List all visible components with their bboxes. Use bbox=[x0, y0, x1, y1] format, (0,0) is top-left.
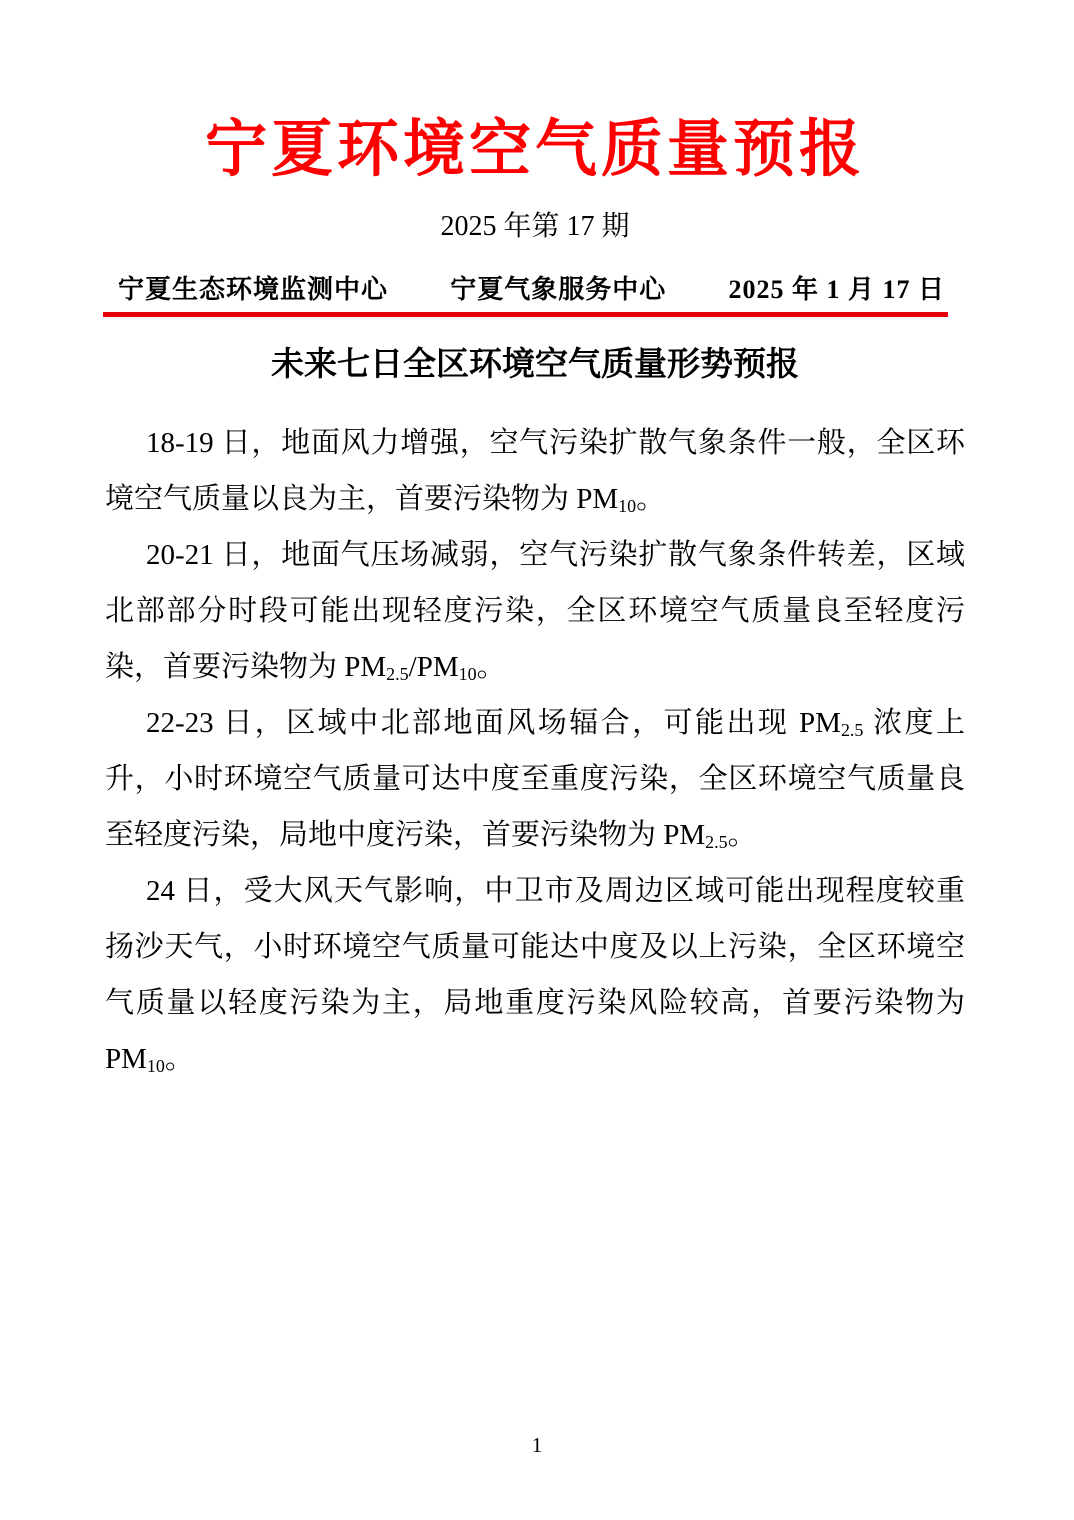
body-paragraph: 22-23 日，区域中北部地面风场辐合，可能出现 PM2.5 浓度上升，小时环境… bbox=[105, 695, 965, 863]
org-left: 宁夏生态环境监测中心 bbox=[118, 272, 388, 308]
masthead-date: 2025 年 1 月 17 日 bbox=[728, 272, 945, 308]
org-center: 宁夏气象服务中心 bbox=[450, 272, 666, 308]
doc-title: 宁夏环境空气质量预报 bbox=[105, 110, 965, 190]
pollutant-subscript: 2.5 bbox=[705, 832, 727, 852]
body-paragraphs: 18-19 日，地面风力增强，空气污染扩散气象条件一般，全区环境空气质量以良为主… bbox=[105, 415, 965, 1087]
pollutant-subscript: 2.5 bbox=[386, 664, 408, 684]
pollutant-subscript: 10 bbox=[459, 664, 477, 684]
section-title: 未来七日全区环境空气质量形势预报 bbox=[105, 343, 965, 387]
masthead-row: 宁夏生态环境监测中心 宁夏气象服务中心 2025 年 1 月 17 日 bbox=[105, 272, 965, 308]
issue-line: 2025 年第 17 期 bbox=[105, 208, 965, 246]
document-page: 宁夏环境空气质量预报 2025 年第 17 期 宁夏生态环境监测中心 宁夏气象服… bbox=[0, 0, 1074, 1520]
pollutant-subscript: 2.5 bbox=[841, 720, 863, 740]
body-paragraph: 18-19 日，地面风力增强，空气污染扩散气象条件一般，全区环境空气质量以良为主… bbox=[105, 415, 965, 527]
body-paragraph: 24 日，受大风天气影响，中卫市及周边区域可能出现程度较重扬沙天气，小时环境空气… bbox=[105, 863, 965, 1087]
page-number: 1 bbox=[0, 1432, 1074, 1458]
pollutant-subscript: 10 bbox=[147, 1056, 165, 1076]
red-rule bbox=[103, 312, 948, 317]
body-paragraph: 20-21 日，地面气压场减弱，空气污染扩散气象条件转差，区域北部部分时段可能出… bbox=[105, 527, 965, 695]
pollutant-subscript: 10 bbox=[618, 496, 636, 516]
